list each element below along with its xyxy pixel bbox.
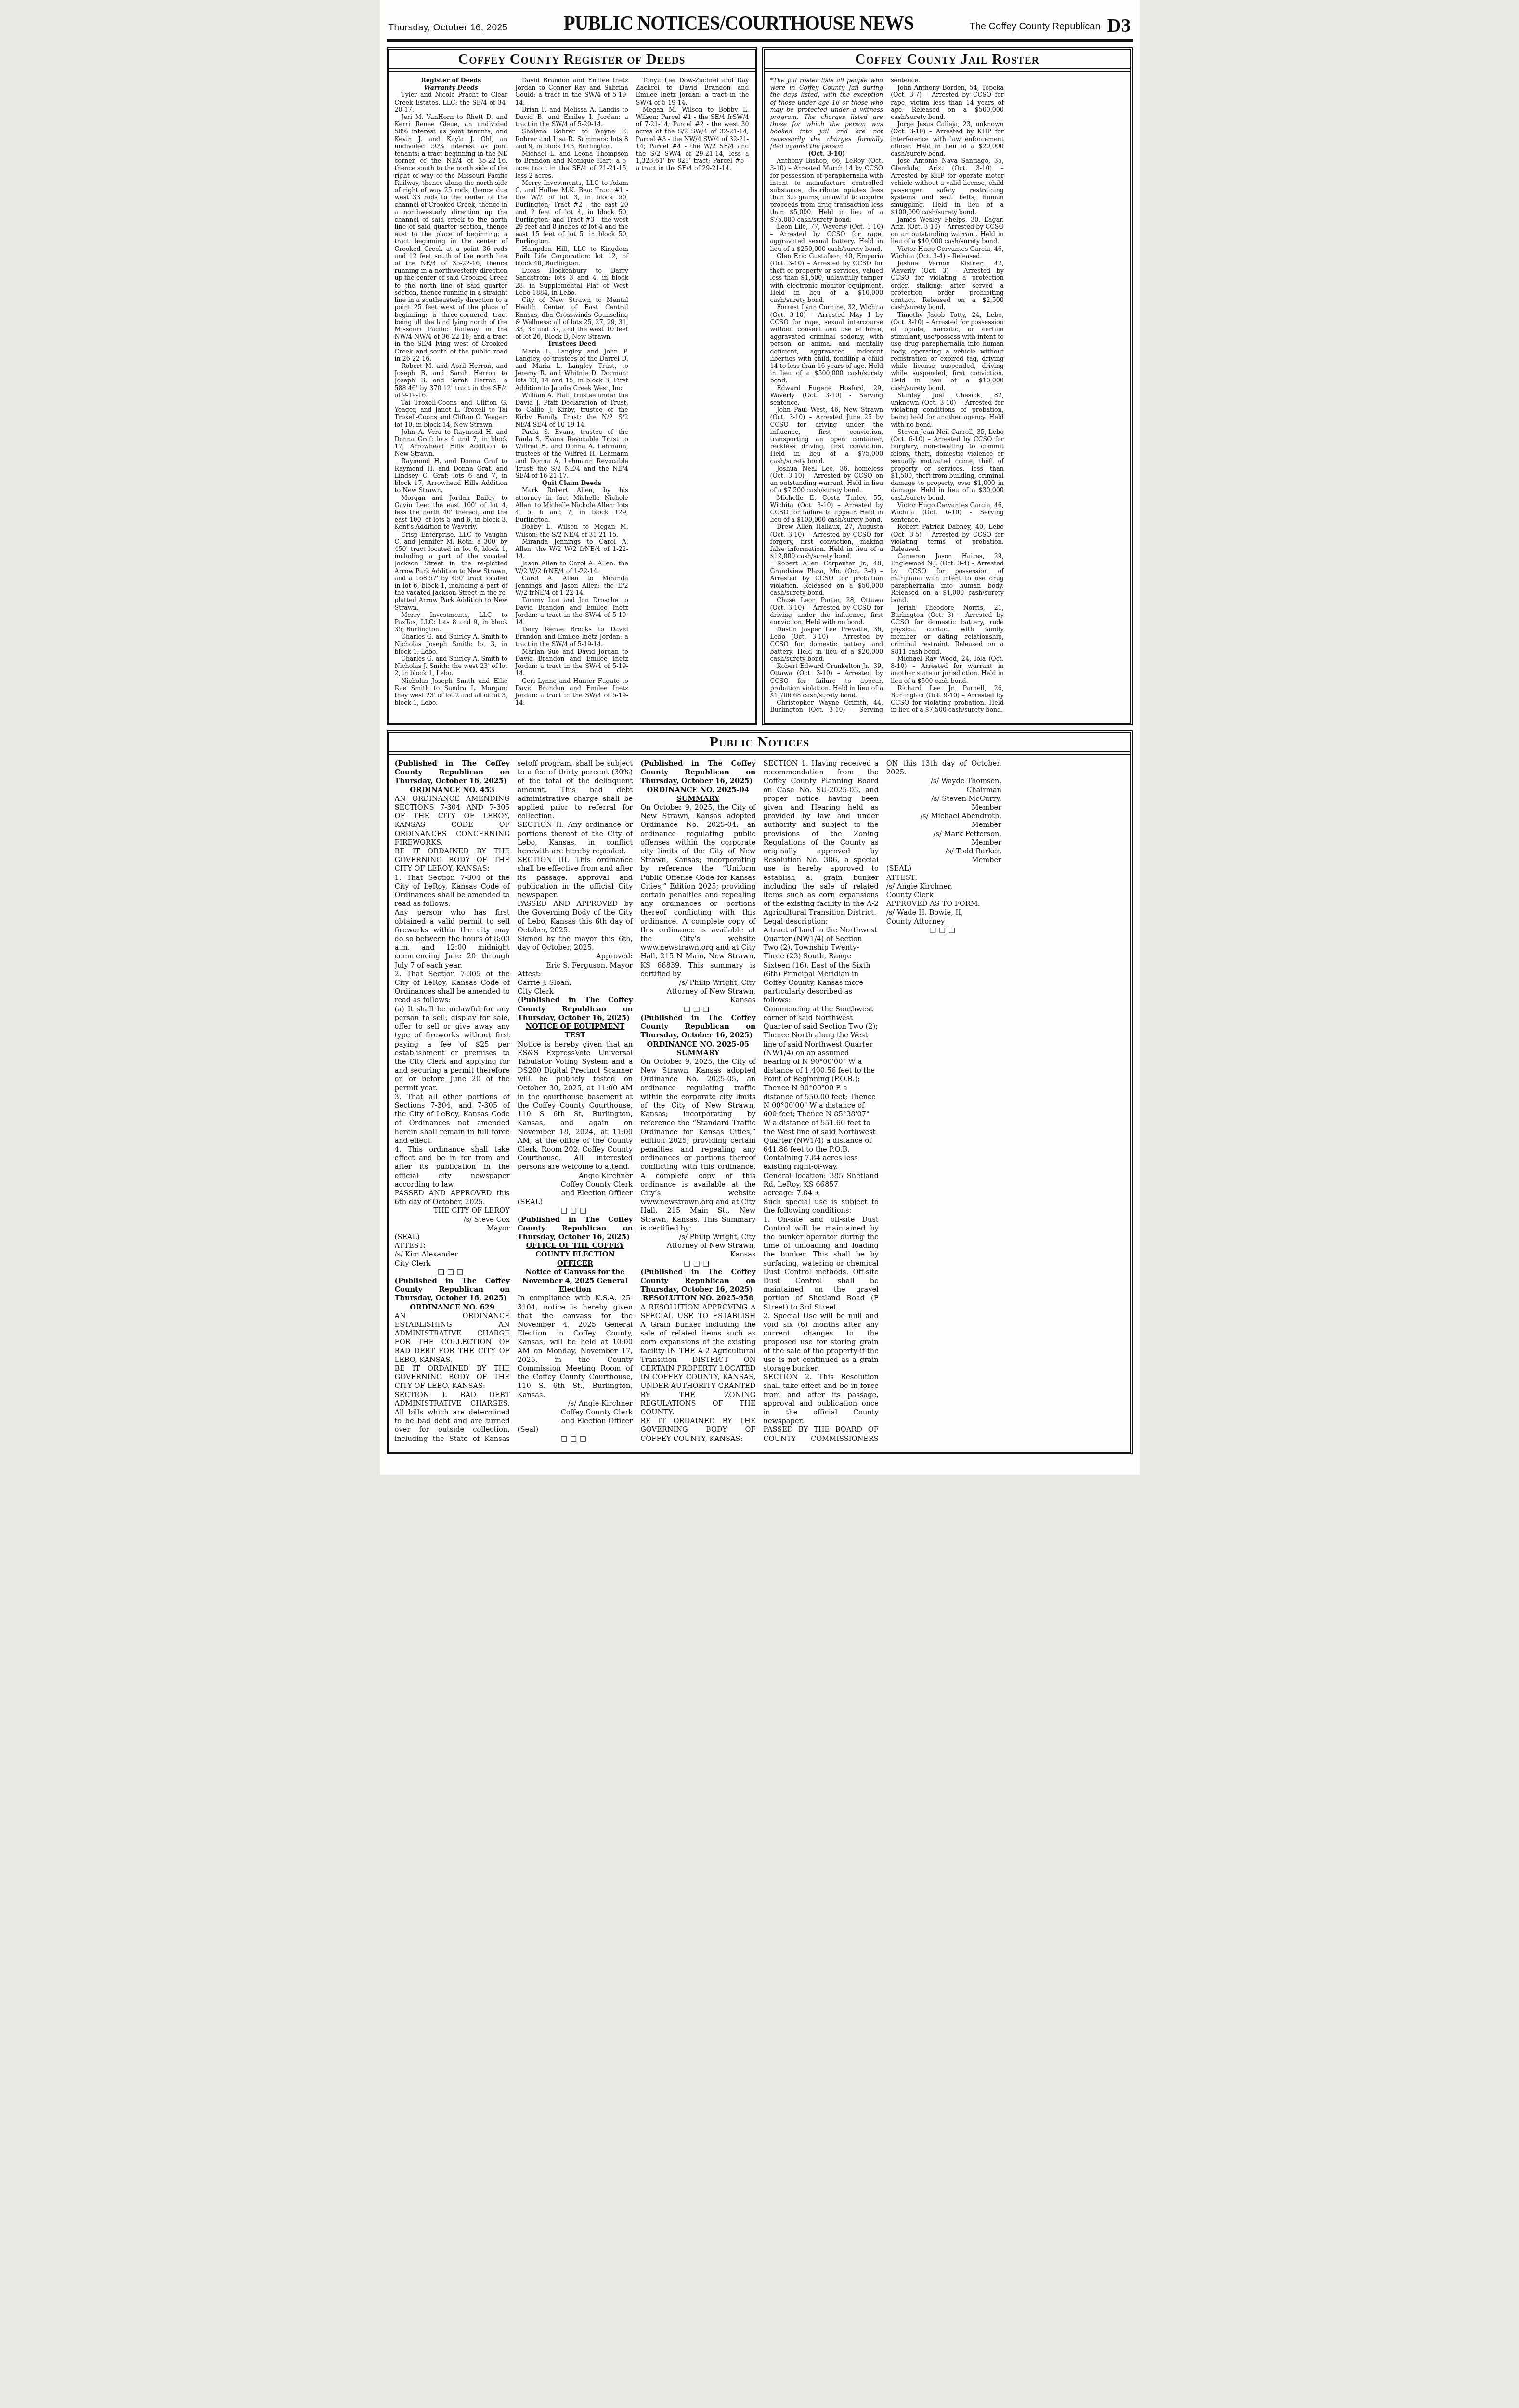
notice-line: (Published in The Coffey County Republic… bbox=[640, 759, 755, 786]
page-number: D3 bbox=[1107, 17, 1131, 34]
deed-record: Lucas Hockenbury to Barry Sandstrom: lot… bbox=[515, 267, 628, 296]
deed-record: Maria L. Langley and John P. Langley, co… bbox=[515, 348, 628, 392]
notice-line: ❑❑❑ bbox=[886, 926, 1001, 935]
deed-record: Terry Renae Brooks to David Brandon and … bbox=[515, 626, 628, 648]
notice-line: Attest: bbox=[518, 970, 633, 979]
jail-entry: Steven Jean Neil Carroll, 35, Lebo (Oct.… bbox=[891, 428, 1004, 501]
notice-line: OFFICE OF THE COFFEY COUNTY ELECTION OFF… bbox=[518, 1242, 633, 1268]
notice-line: Signed by the mayor this 6th, day of Oct… bbox=[518, 935, 633, 952]
notice-line: AN ORDINANCE AMENDING SECTIONS 7-304 AND… bbox=[395, 795, 510, 847]
deed-record: Warranty Deeds bbox=[395, 84, 508, 91]
notice-line: and Election Officer bbox=[518, 1417, 633, 1426]
deed-record: City of New Strawn to Mental Health Cent… bbox=[515, 296, 628, 340]
notice-line: On October 9, 2025, the City of New Stra… bbox=[640, 1058, 755, 1233]
jail-entry: Stanley Joel Chesick, 82, unknown (Oct. … bbox=[891, 392, 1004, 428]
deed-record: Geri Lynne and Hunter Fugate to David Br… bbox=[515, 677, 628, 707]
notice-line: (Published in The Coffey County Republic… bbox=[640, 1014, 755, 1040]
notice-line: BE IT ORDAINED BY THE GOVERNING BODY OF … bbox=[395, 847, 510, 874]
notice-line: PASSED AND APPROVED by the Governing Bod… bbox=[518, 900, 633, 935]
jail-entry: James Wesley Phelps, 30, Eagar, Ariz. (O… bbox=[891, 216, 1004, 245]
deed-record: Trustees Deed bbox=[515, 340, 628, 347]
notice-line: Notice of Canvass for the November 4, 20… bbox=[518, 1268, 633, 1295]
notice-line: On October 9, 2025, the City of New Stra… bbox=[640, 803, 755, 979]
deed-record: Tonya Lee Dow-Zachrel and Ray Zachrel to… bbox=[636, 77, 749, 106]
notice-line: ATTEST: bbox=[395, 1242, 510, 1250]
newspaper-page: Thursday, October 16, 2025 PUBLIC NOTICE… bbox=[380, 0, 1140, 1475]
deed-record: Tyler and Nicole Pracht to Clear Creek E… bbox=[395, 91, 508, 113]
notice-line: 4. This ordinance shall take effect and … bbox=[395, 1145, 510, 1189]
jail-flow: *The jail roster lists all people who we… bbox=[770, 77, 1125, 718]
deed-record: Paula S. Evans, trustee of the Paula S. … bbox=[515, 428, 628, 479]
page-header: Thursday, October 16, 2025 PUBLIC NOTICE… bbox=[387, 5, 1133, 38]
header-right: The Coffey County Republican D3 bbox=[970, 17, 1131, 35]
deed-record: Mark Robert Allen, by his attorney in fa… bbox=[515, 486, 628, 523]
jail-entry: *The jail roster lists all people who we… bbox=[770, 77, 883, 150]
notice-line: Member bbox=[886, 821, 1001, 829]
deed-record: Charles G. and Shirley A. Smith to Nicho… bbox=[395, 633, 508, 655]
notice-line: (SEAL) bbox=[518, 1198, 633, 1206]
jail-entry: Michael Ray Wood, 24, Iola (Oct. 8-10) –… bbox=[891, 655, 1004, 684]
deed-record: Robert M. and April Herron, and Joseph B… bbox=[395, 362, 508, 399]
deed-record: Tammy Lou and Jon Drosche to David Brand… bbox=[515, 596, 628, 626]
notice-line: SECTION 2. This Resolution shall take ef… bbox=[763, 1373, 878, 1426]
notice-line: 1. On-site and off-site Dust Control wil… bbox=[763, 1216, 878, 1312]
notice-line: Member bbox=[886, 838, 1001, 847]
deed-record: Marian Sue and David Jordan to David Bra… bbox=[515, 648, 628, 677]
notice-line: BE IT ORDAINED BY THE GOVERNING BODY OF … bbox=[395, 1364, 510, 1391]
notice-line: /s/ Steve Cox bbox=[395, 1216, 510, 1224]
notice-line: Coffey County Clerk bbox=[518, 1408, 633, 1417]
jail-entry: Timothy Jacob Totty, 24, Lebo, (Oct. 3-1… bbox=[891, 311, 1004, 392]
notice-line: ❑❑❑ bbox=[518, 1435, 633, 1443]
notice-line: /s/ Wayde Thomsen, bbox=[886, 777, 1001, 785]
notice-line: Chairman bbox=[886, 786, 1001, 795]
notice-line: (Published in The Coffey County Republic… bbox=[395, 1277, 510, 1303]
notice-line: Attorney of New Strawn, bbox=[640, 1242, 755, 1250]
notice-line: Attorney of New Strawn, bbox=[640, 987, 755, 996]
jail-entry: Cameron Jason Haires, 29, Englewood N.J.… bbox=[891, 552, 1004, 603]
notice-line: (Published in The Coffey County Republic… bbox=[518, 1216, 633, 1242]
deed-record: Crisp Enterprise, LLC to Vaughn C. and J… bbox=[395, 531, 508, 611]
jail-body: *The jail roster lists all people who we… bbox=[765, 72, 1130, 723]
jail-entry: Robert Allen Carpenter Jr., 48, Grandvie… bbox=[770, 560, 883, 596]
notice-line: ORDINANCE NO. 2025-04 SUMMARY bbox=[640, 786, 755, 803]
notice-line: SECTION 1. Having received a recommendat… bbox=[763, 759, 878, 917]
notice-line: Kansas bbox=[640, 996, 755, 1005]
deed-record: Merry Investments, LLC to Adam C. and Ho… bbox=[515, 179, 628, 245]
jail-entry: Robert Edward Crunkelton Jr., 39, Ottawa… bbox=[770, 662, 883, 699]
notice-line: NOTICE OF EQUIPMENT TEST bbox=[518, 1022, 633, 1040]
deed-record: Raymond H. and Donna Graf to Raymond H. … bbox=[395, 458, 508, 494]
deed-record: Shalena Rohrer to Wayne E. Rohrer and Li… bbox=[515, 128, 628, 150]
jail-entry: Jeriah Theodore Norris, 21, Burlington (… bbox=[891, 604, 1004, 655]
notice-line: Member bbox=[886, 856, 1001, 864]
deeds-flow: Register of DeedsWarranty DeedsTyler and… bbox=[395, 77, 749, 718]
notices-banner: Public Notices bbox=[389, 733, 1130, 755]
deed-record: Brian F. and Melissa A. Landis to David … bbox=[515, 106, 628, 128]
notice-line: A RESOLUTION APPROVING A SPECIAL USE TO … bbox=[640, 1303, 755, 1417]
jail-entry: (Oct. 3-10) bbox=[770, 150, 883, 157]
notice-line: 2. That Section 7-305 of the City of LeR… bbox=[395, 970, 510, 1005]
jail-entry: Leon Lile, 77, Waverly (Oct. 3-10) – Arr… bbox=[770, 223, 883, 252]
notice-line: and Election Officer bbox=[518, 1189, 633, 1198]
jail-entry: Jose Antonio Nava Santiago, 35, Glendale… bbox=[891, 157, 1004, 216]
deeds-body: Register of DeedsWarranty DeedsTyler and… bbox=[389, 72, 755, 723]
notice-line: (a) It shall be unlawful for any person … bbox=[395, 1005, 510, 1093]
page-title: PUBLIC NOTICES/COURTHOUSE NEWS bbox=[564, 12, 914, 35]
notice-line: City Clerk bbox=[395, 1259, 510, 1268]
notice-line: Notice is hereby given that an ES&S Expr… bbox=[518, 1040, 633, 1172]
notice-line: SECTION III. This ordinance shall be eff… bbox=[518, 856, 633, 900]
notice-line: Legal description: bbox=[763, 917, 878, 926]
notice-line: In compliance with K.S.A. 25-3104, notic… bbox=[518, 1294, 633, 1399]
notice-line: AN ORDINANCE ESTABLISHING AN ADMINISTRAT… bbox=[395, 1312, 510, 1364]
jail-entry: Chase Leon Porter, 28, Ottawa (Oct. 3-10… bbox=[770, 596, 883, 626]
notice-line: ❑❑❑ bbox=[640, 1005, 755, 1014]
notice-line: /s/ Angie Kirchner bbox=[518, 1400, 633, 1408]
notice-line: SECTION II. Any ordinance or portions th… bbox=[518, 821, 633, 856]
deed-record: Jason Allen to Carol A. Allen: the W/2 W… bbox=[515, 560, 628, 574]
jail-entry: John Paul West, 46, New Strawn (Oct. 3-1… bbox=[770, 406, 883, 465]
jail-entry: Drew Allen Hallaux, 27, Augusta (Oct. 3-… bbox=[770, 523, 883, 560]
jail-roster-section: Coffey County Jail Roster *The jail rost… bbox=[762, 47, 1133, 725]
notice-line: 2. Special Use will be null and void six… bbox=[763, 1312, 878, 1373]
header-rule bbox=[387, 39, 1133, 42]
deed-record: Jeri M. VanHorn to Rhett D. and Kerri Re… bbox=[395, 113, 508, 362]
notice-line: /s/ Philip Wright, City bbox=[640, 1233, 755, 1242]
jail-entry: Glen Eric Gustafson, 40, Emporia (Oct. 3… bbox=[770, 252, 883, 303]
deed-record: Charles G. and Shirley A. Smith to Nicho… bbox=[395, 655, 508, 677]
notice-line: /s/ Kim Alexander bbox=[395, 1250, 510, 1259]
deed-record: Morgan and Jordan Bailey to Gavin Lee: t… bbox=[395, 494, 508, 531]
notice-line: Approved: bbox=[518, 952, 633, 961]
notice-line: Such special use is subject to the follo… bbox=[763, 1198, 878, 1215]
jail-entry: Joshue Vernon Kistner, 42, Waverly (Oct.… bbox=[891, 260, 1004, 311]
notice-line: Commencing at the Southwest corner of sa… bbox=[763, 1005, 878, 1172]
deed-record: Bobby L. Wilson to Megan M. Wilson: the … bbox=[515, 523, 628, 537]
deed-record: Miranda Jennings to Carol A. Allen: the … bbox=[515, 538, 628, 560]
notice-line: (Seal) bbox=[518, 1426, 633, 1434]
jail-entry: Dustin Jasper Lee Prevatte, 36, Lebo (Oc… bbox=[770, 626, 883, 662]
notice-line: County Clerk bbox=[886, 891, 1001, 900]
deed-record: John A. Vera to Raymond H. and Donna Gra… bbox=[395, 428, 508, 458]
deed-record: William A. Pfaff, trustee under the Davi… bbox=[515, 392, 628, 428]
notice-line: Angie Kirchner bbox=[518, 1172, 633, 1180]
jail-entry: Edward Eugene Hosford, 29, Waverly (Oct.… bbox=[770, 384, 883, 406]
deed-record: Tai Troxell-Coons and Clifton G. Yeager,… bbox=[395, 399, 508, 428]
notice-line: Coffey County Clerk bbox=[518, 1180, 633, 1189]
notice-line: 3. That all other portions of Sections 7… bbox=[395, 1093, 510, 1145]
notice-line: ORDINANCE NO. 2025-05 SUMMARY bbox=[640, 1040, 755, 1058]
jail-entry: Robert Patrick Dabney, 40, Lebo (Oct. 3-… bbox=[891, 523, 1004, 552]
notice-line: acreage: 7.84 ± bbox=[763, 1189, 878, 1198]
deed-record: Quit Claim Deeds bbox=[515, 479, 628, 486]
jail-entry: John Anthony Borden, 54, Topeka (Oct. 3-… bbox=[891, 84, 1004, 120]
notices-body: (Published in The Coffey County Republic… bbox=[389, 755, 1130, 1452]
notice-line: /s/ Wade H. Bowie, II, bbox=[886, 908, 1001, 917]
notice-line: Eric S. Ferguson, Mayor bbox=[518, 961, 633, 970]
notice-line: ❑❑❑ bbox=[395, 1268, 510, 1277]
notice-line: City Clerk bbox=[518, 987, 633, 996]
notice-line: Carrie J. Sloan, bbox=[518, 979, 633, 987]
jail-entry: Michelle E. Costa Turley, 55, Wichita (O… bbox=[770, 494, 883, 523]
notice-line: /s/ Philip Wright, City bbox=[640, 979, 755, 987]
notice-line: (Published in The Coffey County Republic… bbox=[518, 996, 633, 1022]
notice-line: /s/ Todd Barker, bbox=[886, 847, 1001, 856]
jail-entry: Forrest Lynn Cornine, 32, Wichita (Oct. … bbox=[770, 303, 883, 384]
notice-line: BE IT ORDAINED BY THE GOVERNING BODY OF … bbox=[640, 1417, 755, 1443]
jail-entry: Victor Hugo Cervantes Garcia, 46, Wichit… bbox=[891, 245, 1004, 260]
register-of-deeds-section: Coffey County Register of Deeds Register… bbox=[387, 47, 757, 725]
notice-line: /s/ Michael Abendroth, bbox=[886, 812, 1001, 821]
jail-entry: Anthony Bishop, 66, LeRoy (Oct. 3-10) – … bbox=[770, 157, 883, 223]
deed-record: Register of Deeds bbox=[395, 77, 508, 84]
deed-record: Hampden Hill, LLC to Kingdom Built Life … bbox=[515, 245, 628, 267]
notice-line: /s/ Angie Kirchner, bbox=[886, 882, 1001, 891]
deed-record: Nicholas Joseph Smith and Ellie Rae Smit… bbox=[395, 677, 508, 707]
notice-line: ORDINANCE NO. 629 bbox=[395, 1303, 510, 1312]
deed-record: Merry Investments, LLC to PaxTax, LLC: l… bbox=[395, 611, 508, 633]
notice-line: Any person who has first obtained a vali… bbox=[395, 908, 510, 969]
notice-line: PASSED AND APPROVED this 6th day of Octo… bbox=[395, 1189, 510, 1206]
notice-line: Member bbox=[886, 803, 1001, 812]
notice-line: 1. That Section 7-304 of the City of LeR… bbox=[395, 874, 510, 909]
jail-entry: Victor Hugo Cervantes Garcia, 46, Wichit… bbox=[891, 501, 1004, 523]
header-date: Thursday, October 16, 2025 bbox=[389, 23, 508, 35]
jail-entry: Joshua Neal Lee, 36, homeless (Oct. 3-10… bbox=[770, 465, 883, 494]
notice-line: ❑❑❑ bbox=[640, 1259, 755, 1268]
notices-flow: (Published in The Coffey County Republic… bbox=[395, 759, 1125, 1447]
notice-line: ATTEST: bbox=[886, 874, 1001, 882]
jail-banner: Coffey County Jail Roster bbox=[765, 50, 1130, 72]
public-notices-section: Public Notices (Published in The Coffey … bbox=[387, 730, 1133, 1454]
notice-line: Mayor bbox=[395, 1224, 510, 1233]
jail-entry: Richard Lee Jr. Parnell, 26, Burlington … bbox=[891, 684, 1004, 714]
top-sections-row: Coffey County Register of Deeds Register… bbox=[387, 47, 1133, 725]
notice-line: /s/ Mark Petterson, bbox=[886, 830, 1001, 838]
deed-record: David Brandon and Emilee Inetz Jordan to… bbox=[515, 77, 628, 106]
notice-line: ORDINANCE NO. 453 bbox=[395, 786, 510, 795]
notice-line: (Published in The Coffey County Republic… bbox=[395, 759, 510, 786]
notice-line: ❑❑❑ bbox=[518, 1206, 633, 1215]
notice-line: County Attorney bbox=[886, 917, 1001, 926]
notice-line: (SEAL) bbox=[395, 1233, 510, 1242]
deed-record: Michael L. and Leona Thompson to Brandon… bbox=[515, 150, 628, 179]
notice-line: (SEAL) bbox=[886, 864, 1001, 873]
notice-line: /s/ Steven McCurry, bbox=[886, 795, 1001, 803]
deed-record: Carol A. Allen to Miranda Jennings and J… bbox=[515, 575, 628, 597]
notice-line: THE CITY OF LEROY bbox=[395, 1206, 510, 1215]
notice-line: A tract of land in the Northwest Quarter… bbox=[763, 926, 878, 1005]
notice-line: APPROVED AS TO FORM: bbox=[886, 900, 1001, 908]
deeds-banner: Coffey County Register of Deeds bbox=[389, 50, 755, 72]
notice-line: Kansas bbox=[640, 1250, 755, 1259]
notice-line: RESOLUTION NO. 2025-958 bbox=[640, 1294, 755, 1303]
deed-record: Megan M. Wilson to Bobby L. Wilson: Parc… bbox=[636, 106, 749, 172]
notice-line: (Published in The Coffey County Republic… bbox=[640, 1268, 755, 1295]
notice-line: General location: 385 Shetland Rd, LeRoy… bbox=[763, 1172, 878, 1189]
jail-entry: Jorge Jesus Calleja, 23, unknown (Oct. 3… bbox=[891, 120, 1004, 157]
publication-name: The Coffey County Republican bbox=[970, 21, 1101, 34]
